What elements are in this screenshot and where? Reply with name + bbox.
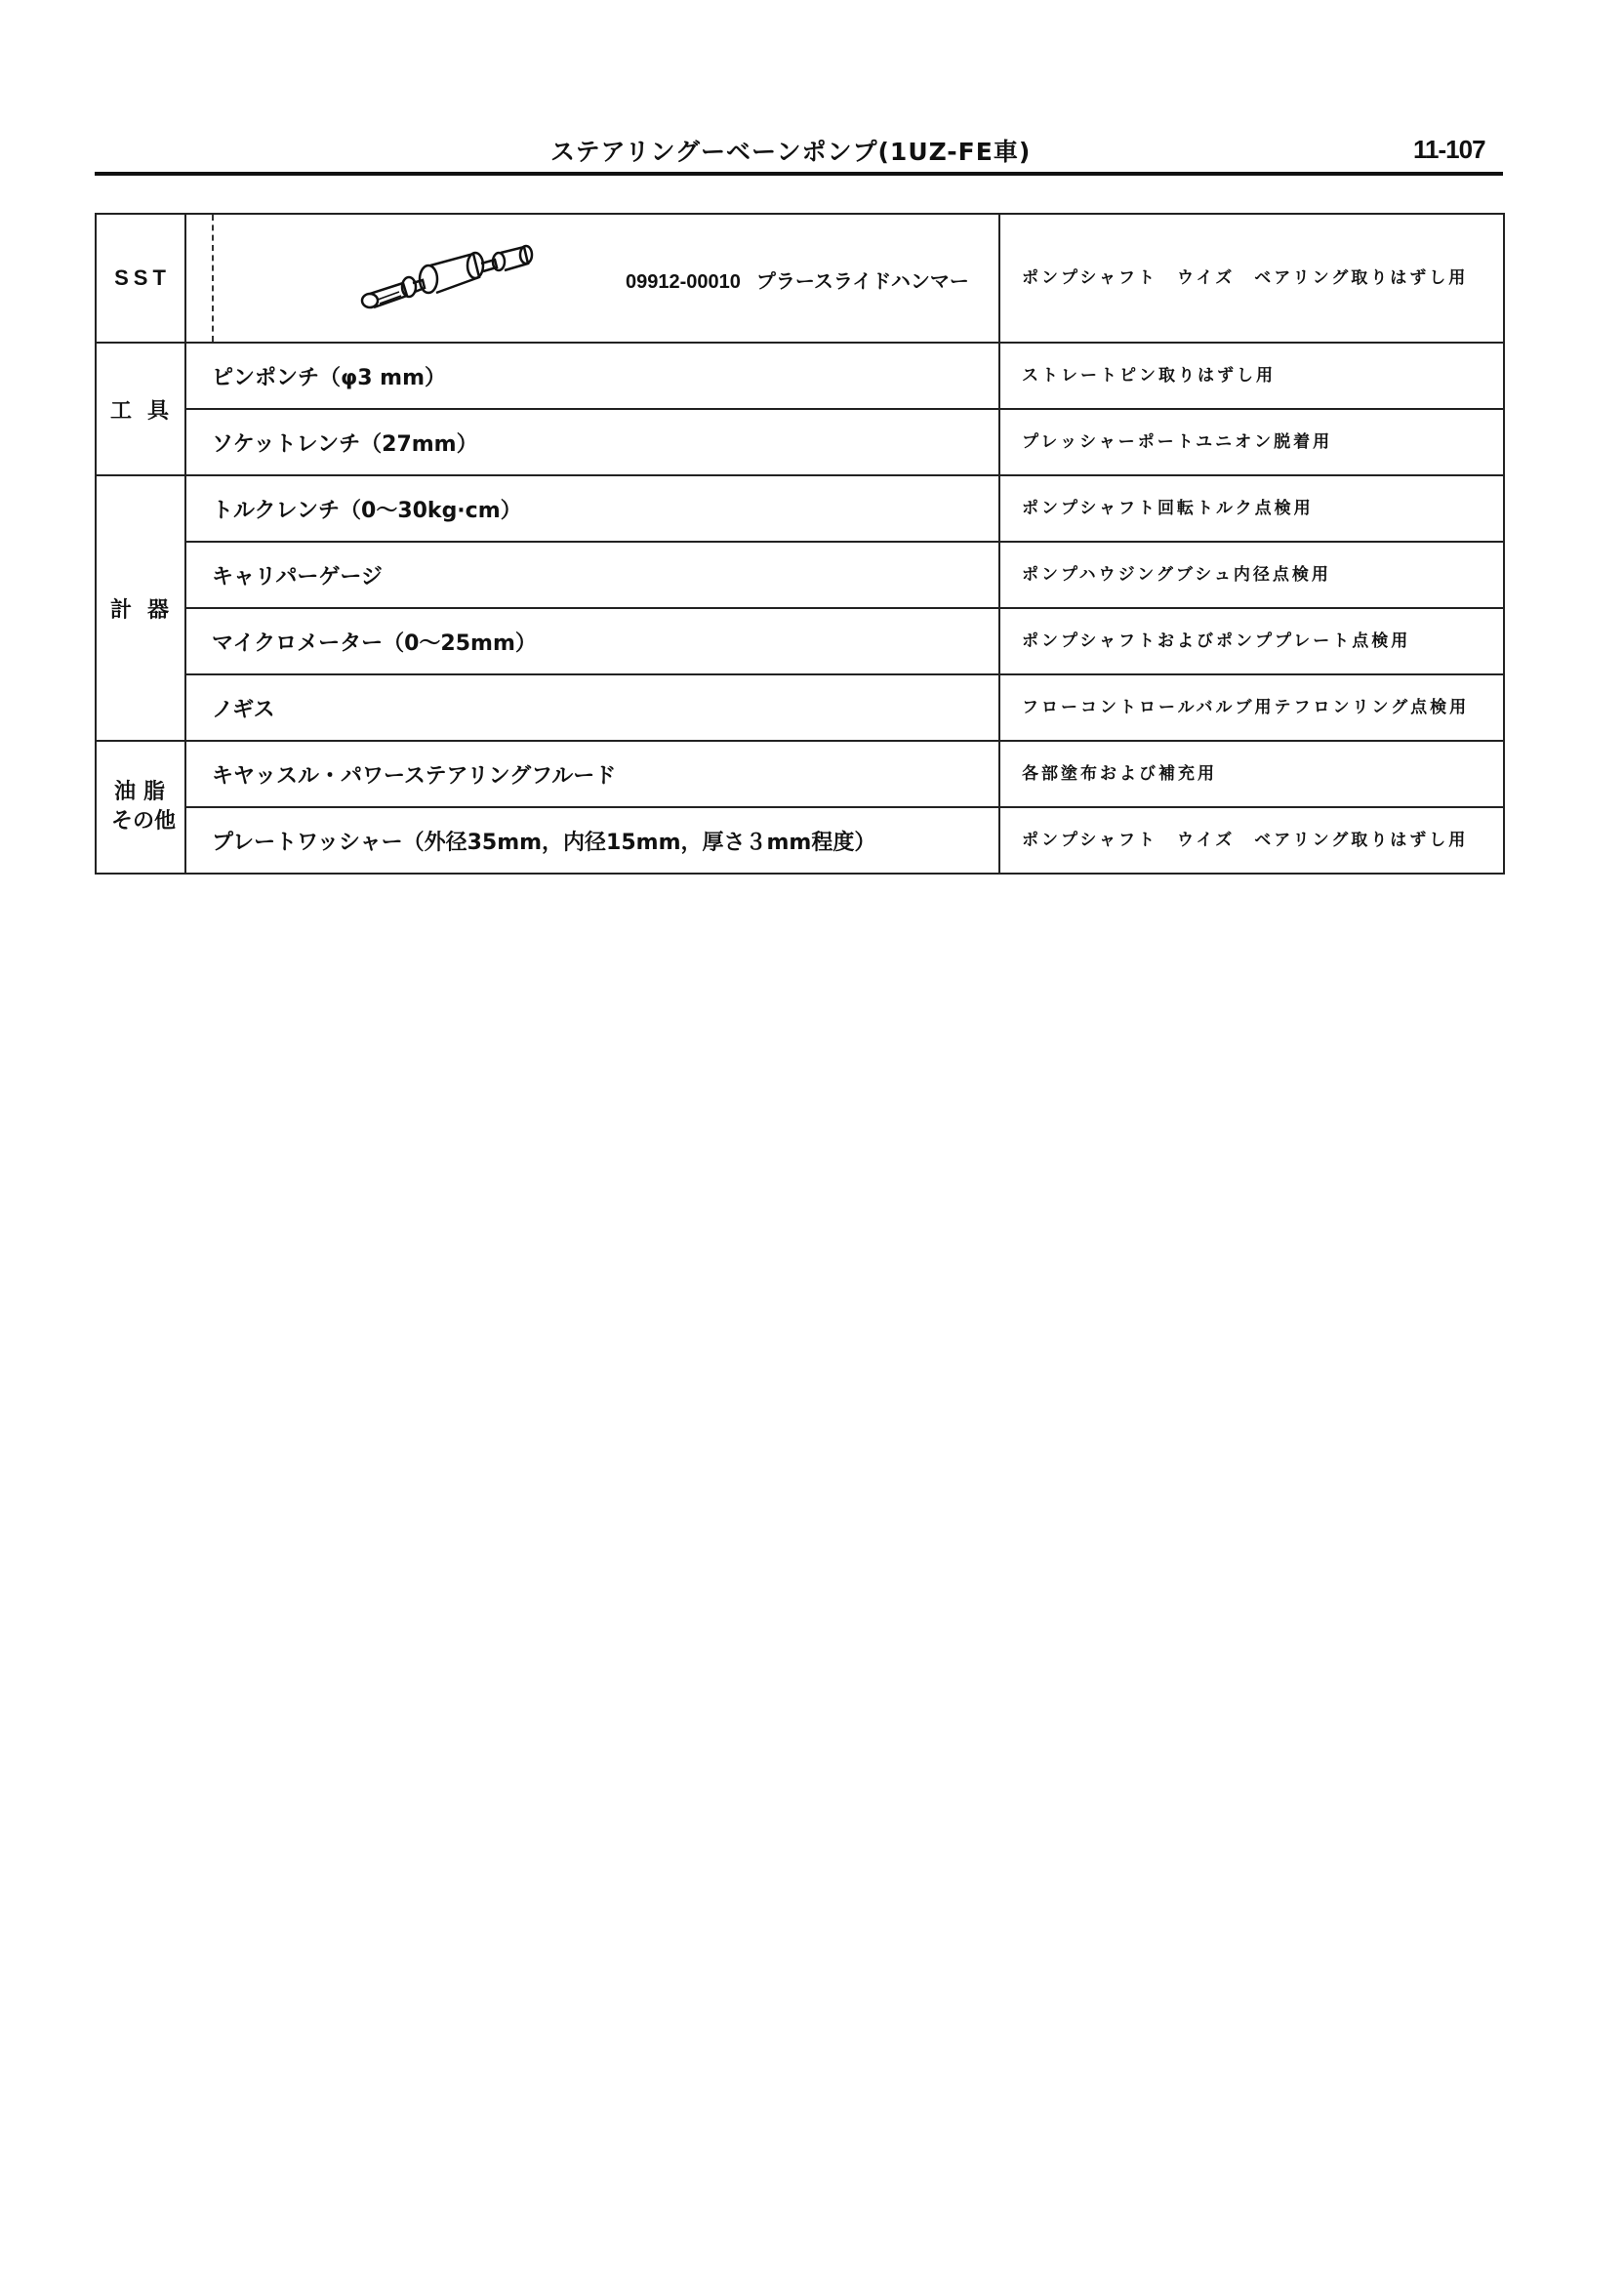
instrument-use: ポンプハウジングブシュ内径点検用 xyxy=(999,542,1504,608)
slide-hammer-icon xyxy=(352,244,548,312)
sst-part-number: 09912-00010 xyxy=(626,271,741,293)
header-rule xyxy=(95,172,1503,176)
page-number: 11-107 xyxy=(1413,135,1485,165)
category-sst: SST xyxy=(96,214,185,343)
table-row: 計器 トルクレンチ（0～30kg·cm） ポンプシャフト回転トルク点検用 xyxy=(96,475,1504,542)
table-row: ソケットレンチ（27mm） プレッシャーポートユニオン脱着用 xyxy=(96,409,1504,475)
tool-item: ピンポンチ（φ3 mm） xyxy=(185,343,999,409)
table-row: ノギス フローコントロールバルブ用テフロンリング点検用 xyxy=(96,674,1504,741)
table-row: 工具 ピンポンチ（φ3 mm） ストレートピン取りはずし用 xyxy=(96,343,1504,409)
tool-item: ソケットレンチ（27mm） xyxy=(185,409,999,475)
sst-tool-name: プラースライドハンマー xyxy=(756,269,969,293)
instrument-item: ノギス xyxy=(185,674,999,741)
category-oils: 油脂 その他 xyxy=(96,741,185,874)
oil-use: 各部塗布および補充用 xyxy=(999,741,1504,807)
table-row: キャリパーゲージ ポンプハウジングブシュ内径点検用 xyxy=(96,542,1504,608)
instrument-item: キャリパーゲージ xyxy=(185,542,999,608)
tool-use: プレッシャーポートユニオン脱着用 xyxy=(999,409,1504,475)
category-tools: 工具 xyxy=(96,343,185,475)
instrument-item: トルクレンチ（0～30kg·cm） xyxy=(185,475,999,542)
table-row: プレートワッシャー（外径35mm，内径15mm，厚さ３mm程度） ポンプシャフト… xyxy=(96,807,1504,874)
dashed-divider xyxy=(212,215,214,342)
category-oils-line1: 油脂 xyxy=(102,778,184,807)
instrument-use: ポンプシャフトおよびポンププレート点検用 xyxy=(999,608,1504,674)
table-row: 油脂 その他 キヤッスル・パワーステアリングフルード 各部塗布および補充用 xyxy=(96,741,1504,807)
category-instruments: 計器 xyxy=(96,475,185,741)
oil-item: プレートワッシャー（外径35mm，内径15mm，厚さ３mm程度） xyxy=(185,807,999,874)
sst-use: ポンプシャフト ウイズ ベアリング取りはずし用 xyxy=(999,214,1504,343)
instrument-use: フローコントロールバルブ用テフロンリング点検用 xyxy=(999,674,1504,741)
instrument-item: マイクロメーター（0～25mm） xyxy=(185,608,999,674)
oil-use: ポンプシャフト ウイズ ベアリング取りはずし用 xyxy=(999,807,1504,874)
category-oils-line2: その他 xyxy=(102,807,184,836)
page-title: ステアリングーベーンポンプ(1UZ-FE車) xyxy=(550,133,1031,168)
table-row: SST xyxy=(96,214,1504,343)
sst-item-cell: 09912-00010プラースライドハンマー xyxy=(185,214,999,343)
tool-use: ストレートピン取りはずし用 xyxy=(999,343,1504,409)
oil-item: キヤッスル・パワーステアリングフルード xyxy=(185,741,999,807)
sst-tool-label: 09912-00010プラースライドハンマー xyxy=(626,265,969,294)
instrument-use: ポンプシャフト回転トルク点検用 xyxy=(999,475,1504,542)
tools-table: SST xyxy=(95,213,1505,875)
table-row: マイクロメーター（0～25mm） ポンプシャフトおよびポンププレート点検用 xyxy=(96,608,1504,674)
